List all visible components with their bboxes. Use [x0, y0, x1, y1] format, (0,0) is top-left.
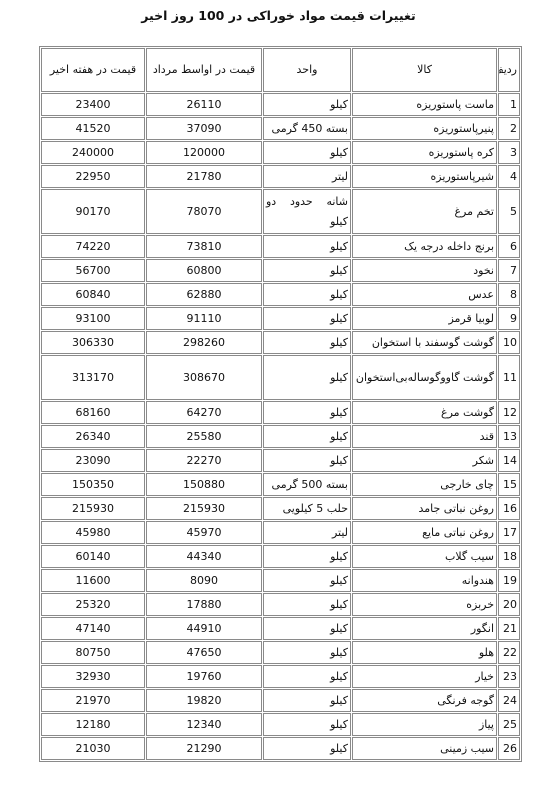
unit: حلب 5 کیلویی	[263, 497, 351, 520]
unit: کیلو	[263, 93, 351, 116]
price-mid-mordad: 47650	[146, 641, 262, 664]
row-index: 24	[498, 689, 520, 712]
row-index: 4	[498, 165, 520, 188]
price-last-week: 25320	[41, 593, 145, 616]
price-last-week: 56700	[41, 259, 145, 282]
price-last-week: 93100	[41, 307, 145, 330]
header-price-mid-mordad: قیمت در اواسط مرداد	[146, 48, 262, 92]
row-index: 25	[498, 713, 520, 736]
row-index: 26	[498, 737, 520, 760]
item-name: لوبیا قرمز	[352, 307, 497, 330]
price-mid-mordad: 215930	[146, 497, 262, 520]
price-mid-mordad: 120000	[146, 141, 262, 164]
price-mid-mordad: 150880	[146, 473, 262, 496]
table-row: 3کره پاستوریزهکیلو120000240000	[41, 141, 520, 164]
price-last-week: 215930	[41, 497, 145, 520]
row-index: 14	[498, 449, 520, 472]
item-name: شیرپاستوریزه	[352, 165, 497, 188]
table-header-row: ردیف کالا واحد قیمت در اواسط مرداد قیمت …	[41, 48, 520, 92]
table-row: 4شیرپاستوریزهلیتر2178022950	[41, 165, 520, 188]
header-price-last-week: قیمت در هفته اخیر	[41, 48, 145, 92]
item-name: عدس	[352, 283, 497, 306]
row-index: 19	[498, 569, 520, 592]
price-last-week: 80750	[41, 641, 145, 664]
price-mid-mordad: 308670	[146, 355, 262, 400]
price-last-week: 90170	[41, 189, 145, 234]
price-last-week: 60140	[41, 545, 145, 568]
price-last-week: 313170	[41, 355, 145, 400]
table-row: 25پیازکیلو1234012180	[41, 713, 520, 736]
item-name: روغن نباتی مایع	[352, 521, 497, 544]
price-last-week: 12180	[41, 713, 145, 736]
table-row: 7نخودکیلو6080056700	[41, 259, 520, 282]
price-mid-mordad: 22270	[146, 449, 262, 472]
item-name: روغن نباتی جامد	[352, 497, 497, 520]
row-index: 10	[498, 331, 520, 354]
item-name: گوشت مرغ	[352, 401, 497, 424]
row-index: 20	[498, 593, 520, 616]
item-name: پیاز	[352, 713, 497, 736]
row-index: 18	[498, 545, 520, 568]
row-index: 8	[498, 283, 520, 306]
unit: کیلو	[263, 283, 351, 306]
item-name: گوجه فرنگی	[352, 689, 497, 712]
table-row: 15چای خارجیبسته 500 گرمی150880150350	[41, 473, 520, 496]
table-row: 6برنج داخله درجه یککیلو7381074220	[41, 235, 520, 258]
price-mid-mordad: 64270	[146, 401, 262, 424]
price-last-week: 45980	[41, 521, 145, 544]
header-item: کالا	[352, 48, 497, 92]
price-last-week: 23090	[41, 449, 145, 472]
row-index: 9	[498, 307, 520, 330]
item-name: گوشت گوسفند با استخوان	[352, 331, 497, 354]
item-name: پنیرپاستوریزه	[352, 117, 497, 140]
item-name: چای خارجی	[352, 473, 497, 496]
unit: کیلو	[263, 737, 351, 760]
table-row: 26سیب زمینیکیلو2129021030	[41, 737, 520, 760]
price-mid-mordad: 60800	[146, 259, 262, 282]
row-index: 3	[498, 141, 520, 164]
table-row: 19هندوانهکیلو809011600	[41, 569, 520, 592]
table-row: 21انگورکیلو4491047140	[41, 617, 520, 640]
item-name: هلو	[352, 641, 497, 664]
table-row: 8عدسکیلو6288060840	[41, 283, 520, 306]
price-last-week: 68160	[41, 401, 145, 424]
price-last-week: 60840	[41, 283, 145, 306]
row-index: 11	[498, 355, 520, 400]
price-mid-mordad: 19820	[146, 689, 262, 712]
unit: شانه حدود دو کیلو	[263, 189, 351, 234]
price-table: ردیف کالا واحد قیمت در اواسط مرداد قیمت …	[39, 46, 522, 762]
price-last-week: 32930	[41, 665, 145, 688]
item-name: شکر	[352, 449, 497, 472]
unit: کیلو	[263, 235, 351, 258]
table-row: 18سیب گلابکیلو4434060140	[41, 545, 520, 568]
item-name: ماست پاستوریزه	[352, 93, 497, 116]
unit: کیلو	[263, 259, 351, 282]
row-index: 15	[498, 473, 520, 496]
price-mid-mordad: 78070	[146, 189, 262, 234]
row-index: 1	[498, 93, 520, 116]
table-row: 20خربزهکیلو1788025320	[41, 593, 520, 616]
unit: کیلو	[263, 617, 351, 640]
item-name: نخود	[352, 259, 497, 282]
row-index: 22	[498, 641, 520, 664]
unit: کیلو	[263, 713, 351, 736]
unit: کیلو	[263, 355, 351, 400]
price-mid-mordad: 12340	[146, 713, 262, 736]
item-name: گوشت گاووگوساله‌بی‌استخوان	[352, 355, 497, 400]
row-index: 13	[498, 425, 520, 448]
table-row: 11گوشت گاووگوساله‌بی‌استخوانکیلو30867031…	[41, 355, 520, 400]
row-index: 6	[498, 235, 520, 258]
unit: کیلو	[263, 665, 351, 688]
unit: کیلو	[263, 593, 351, 616]
row-index: 17	[498, 521, 520, 544]
price-last-week: 74220	[41, 235, 145, 258]
unit: لیتر	[263, 521, 351, 544]
price-mid-mordad: 44340	[146, 545, 262, 568]
item-name: خیار	[352, 665, 497, 688]
header-unit: واحد	[263, 48, 351, 92]
unit: بسته 500 گرمی	[263, 473, 351, 496]
price-mid-mordad: 73810	[146, 235, 262, 258]
header-index: ردیف	[498, 48, 520, 92]
price-mid-mordad: 19760	[146, 665, 262, 688]
row-index: 16	[498, 497, 520, 520]
table-row: 23خیارکیلو1976032930	[41, 665, 520, 688]
table-row: 17روغن نباتی مایعلیتر4597045980	[41, 521, 520, 544]
table-row: 2پنیرپاستوریزهبسته 450 گرمی3709041520	[41, 117, 520, 140]
item-name: خربزه	[352, 593, 497, 616]
unit: کیلو	[263, 425, 351, 448]
unit: کیلو	[263, 449, 351, 472]
table-row: 9لوبیا قرمزکیلو9111093100	[41, 307, 520, 330]
price-mid-mordad: 298260	[146, 331, 262, 354]
price-mid-mordad: 91110	[146, 307, 262, 330]
item-name: تخم مرغ	[352, 189, 497, 234]
page-title: تغییرات قیمت مواد خوراکی در 100 روز اخیر	[0, 8, 557, 23]
price-last-week: 26340	[41, 425, 145, 448]
price-mid-mordad: 8090	[146, 569, 262, 592]
item-name: کره پاستوریزه	[352, 141, 497, 164]
price-mid-mordad: 17880	[146, 593, 262, 616]
price-mid-mordad: 44910	[146, 617, 262, 640]
item-name: هندوانه	[352, 569, 497, 592]
price-last-week: 240000	[41, 141, 145, 164]
item-name: قند	[352, 425, 497, 448]
item-name: برنج داخله درجه یک	[352, 235, 497, 258]
unit: کیلو	[263, 689, 351, 712]
table-row: 14شکرکیلو2227023090	[41, 449, 520, 472]
table-row: 13قندکیلو2558026340	[41, 425, 520, 448]
row-index: 21	[498, 617, 520, 640]
price-last-week: 21970	[41, 689, 145, 712]
unit: لیتر	[263, 165, 351, 188]
price-mid-mordad: 21780	[146, 165, 262, 188]
unit: کیلو	[263, 569, 351, 592]
price-last-week: 306330	[41, 331, 145, 354]
price-mid-mordad: 26110	[146, 93, 262, 116]
unit: کیلو	[263, 641, 351, 664]
price-last-week: 47140	[41, 617, 145, 640]
price-last-week: 41520	[41, 117, 145, 140]
price-mid-mordad: 25580	[146, 425, 262, 448]
price-mid-mordad: 21290	[146, 737, 262, 760]
price-mid-mordad: 45970	[146, 521, 262, 544]
price-mid-mordad: 62880	[146, 283, 262, 306]
price-last-week: 21030	[41, 737, 145, 760]
price-last-week: 11600	[41, 569, 145, 592]
table-row: 12گوشت مرغکیلو6427068160	[41, 401, 520, 424]
table-row: 24گوجه فرنگیکیلو1982021970	[41, 689, 520, 712]
price-last-week: 150350	[41, 473, 145, 496]
unit: کیلو	[263, 307, 351, 330]
row-index: 2	[498, 117, 520, 140]
table-row: 16روغن نباتی جامدحلب 5 کیلویی21593021593…	[41, 497, 520, 520]
price-last-week: 23400	[41, 93, 145, 116]
unit: کیلو	[263, 141, 351, 164]
row-index: 5	[498, 189, 520, 234]
item-name: انگور	[352, 617, 497, 640]
item-name: سیب زمینی	[352, 737, 497, 760]
unit: کیلو	[263, 545, 351, 568]
item-name: سیب گلاب	[352, 545, 497, 568]
price-mid-mordad: 37090	[146, 117, 262, 140]
unit: کیلو	[263, 331, 351, 354]
row-index: 23	[498, 665, 520, 688]
unit: کیلو	[263, 401, 351, 424]
row-index: 7	[498, 259, 520, 282]
table-row: 22هلوکیلو4765080750	[41, 641, 520, 664]
unit: بسته 450 گرمی	[263, 117, 351, 140]
table-row: 5تخم مرغشانه حدود دو کیلو7807090170	[41, 189, 520, 234]
table-row: 10گوشت گوسفند با استخوانکیلو298260306330	[41, 331, 520, 354]
table-row: 1ماست پاستوریزهکیلو2611023400	[41, 93, 520, 116]
price-last-week: 22950	[41, 165, 145, 188]
row-index: 12	[498, 401, 520, 424]
